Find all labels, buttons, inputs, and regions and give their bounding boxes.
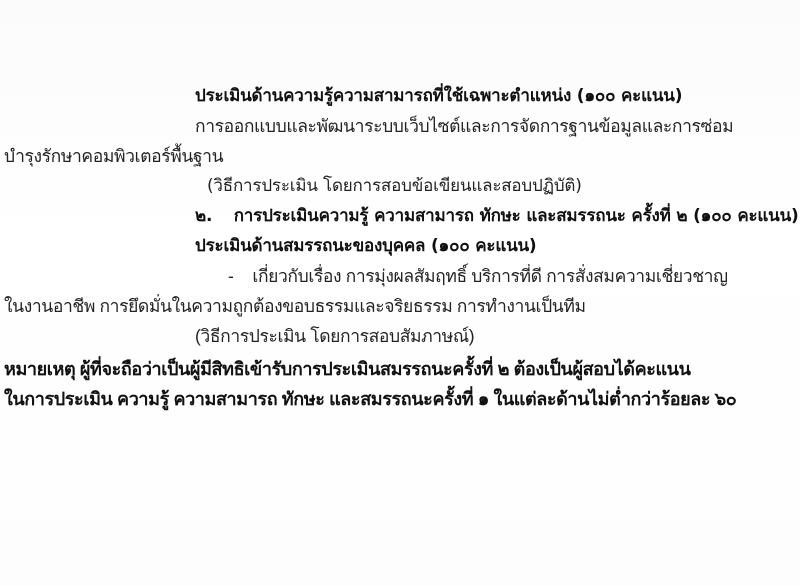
section2-title: การประเมินความรู้ ความสามารถ ทักษะ และสม… — [234, 206, 799, 226]
note-line2: ในการประเมิน ความรู้ ความสามารถ ทักษะ แล… — [4, 385, 736, 413]
section2-detail-line2: ในงานอาชีพ การยึดมั่นในความถูกต้องขอบธรร… — [4, 292, 586, 320]
section2-heading: ประเมินด้านสมรรถนะของบุคคล (๑๐๐ คะแนน) — [195, 232, 537, 260]
section2-number: ๒. — [195, 206, 212, 226]
document-page: ประเมินด้านความรู้ความสามารถที่ใช้เฉพาะต… — [0, 0, 800, 586]
section2-detail-row1: - เกี่ยวกับเรื่อง การมุ่งผลสัมฤทธิ์ บริก… — [228, 262, 728, 290]
section2-detail-line1: เกี่ยวกับเรื่อง การมุ่งผลสัมฤทธิ์ บริการ… — [252, 266, 727, 286]
note-line1: หมายเหตุ ผู้ที่จะถือว่าเป็นผู้มีสิทธิเข้… — [4, 355, 691, 383]
section1-topic-line1: การออกแบบและพัฒนาระบบเว็บไซต์และการจัดกา… — [195, 112, 733, 140]
section1-topic-line2: บำรุงรักษาคอมพิวเตอร์พื้นฐาน — [4, 142, 223, 170]
section2-title-row: ๒. การประเมินความรู้ ความสามารถ ทักษะ แล… — [195, 202, 799, 230]
section1-method: (วิธีการประเมิน โดยการสอบข้อเขียนและสอบป… — [207, 172, 582, 200]
section2-method: (วิธีการประเมิน โดยการสอบสัมภาษณ์) — [195, 322, 474, 350]
section1-heading: ประเมินด้านความรู้ความสามารถที่ใช้เฉพาะต… — [195, 82, 682, 110]
bullet-dash: - — [228, 266, 233, 286]
